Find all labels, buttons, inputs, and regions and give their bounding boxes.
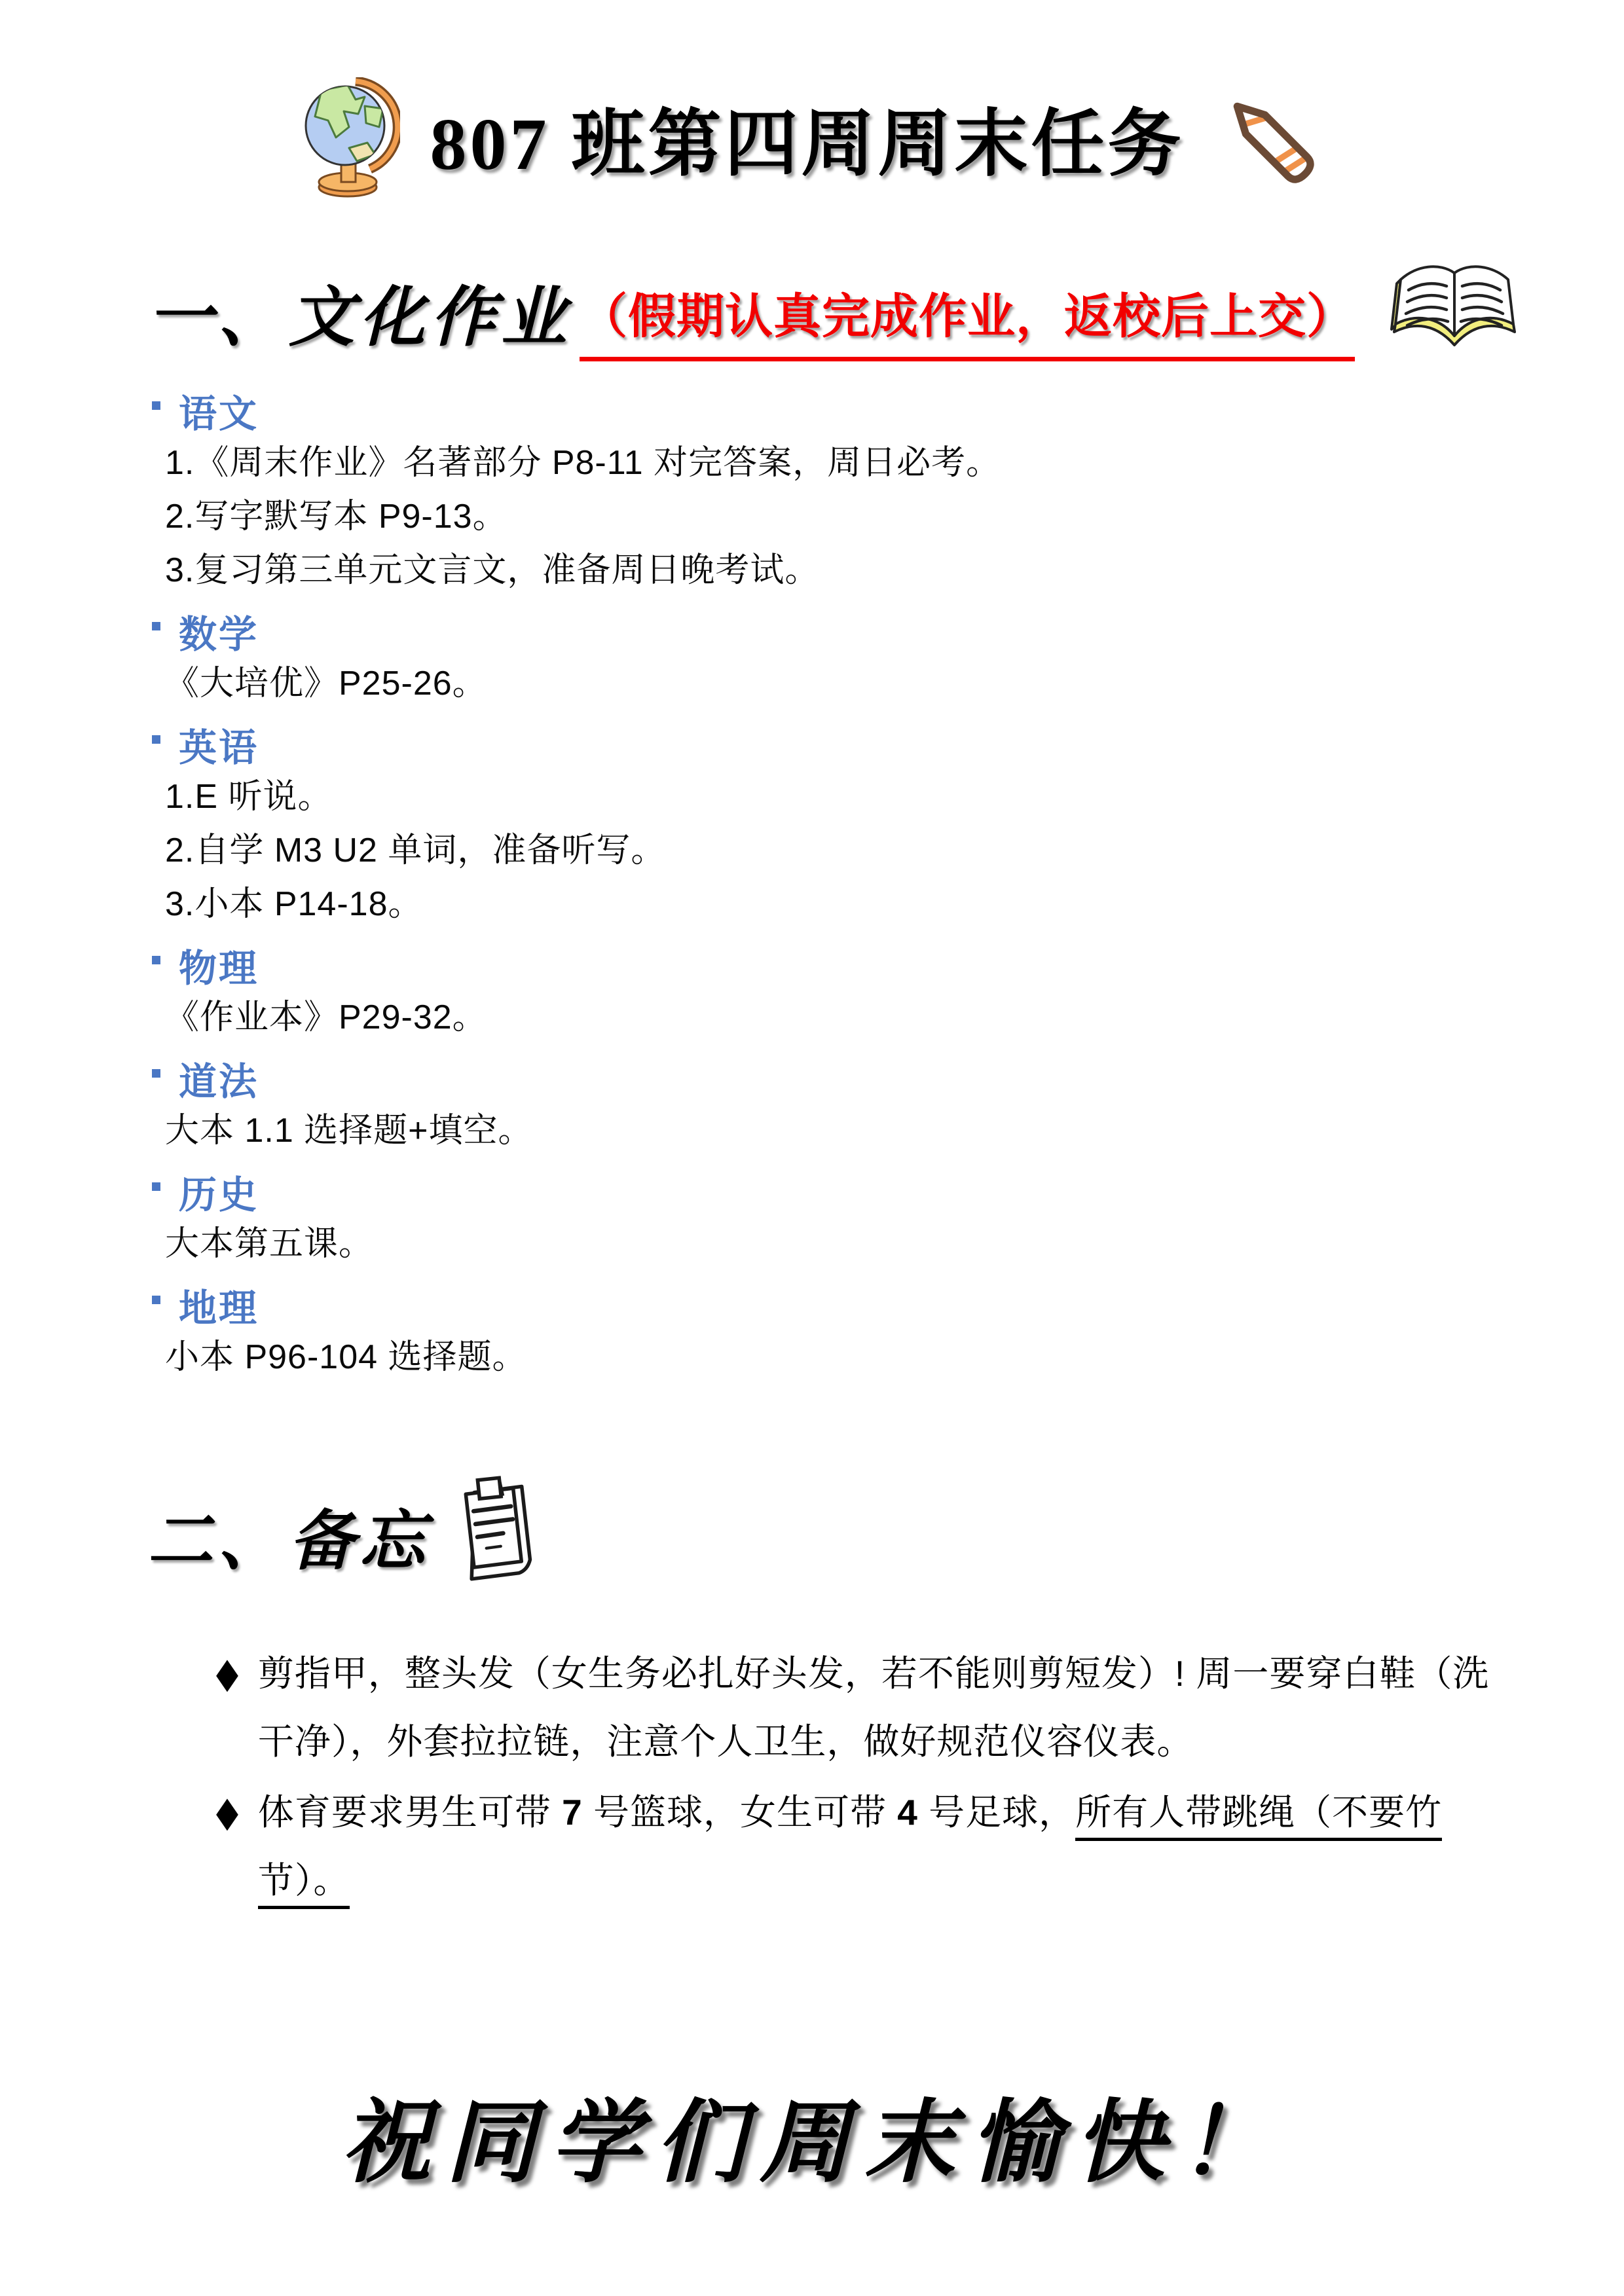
section2-heading: 二、备忘 [147, 1503, 430, 1581]
memo-item: ◆ 体育要求男生可带 7 号篮球，女生可带 4 号足球，所有人带跳绳（不要竹节）… [216, 1778, 1519, 1914]
footer-message: 祝同学们周末愉快！ [0, 2070, 1624, 2200]
memo-text: 剪指甲，整头发（女生务必扎好头发，若不能则剪短发）! 周一要穿白鞋（洗干净），外… [258, 1639, 1519, 1776]
homework-item: 《作业本》P29-32。 [149, 991, 1532, 1044]
section2-heading-row: 二、备忘 [147, 1480, 1624, 1604]
subject-name: 英语 [179, 717, 259, 772]
memo-list: ◆ 剪指甲，整头发（女生务必扎好头发，若不能则剪短发）! 周一要穿白鞋（洗干净）… [216, 1639, 1519, 1914]
memo-text-part: 号篮球，女生可带 [583, 1792, 898, 1832]
homework-item: 大本第五课。 [149, 1217, 1532, 1271]
pencil-icon [1215, 84, 1323, 192]
memo-text: 体育要求男生可带 7 号篮球，女生可带 4 号足球，所有人带跳绳（不要竹节）。 [258, 1778, 1519, 1914]
memo-text-part: 号足球， [918, 1792, 1075, 1832]
square-bullet-icon [152, 401, 160, 410]
homework-item: 小本 P96-104 选择题。 [149, 1330, 1532, 1384]
homework-item: 1.《周末作业》名著部分 P8-11 对完答案，周日必考。 [149, 436, 1532, 490]
homework-list: 语文 1.《周末作业》名著部分 P8-11 对完答案，周日必考。 2.写字默写本… [149, 385, 1532, 1384]
subject-heading-ethics: 道法 [149, 1053, 1532, 1104]
memo-text-bold-number: 7 [562, 1792, 583, 1832]
diamond-bullet-icon: ◆ [216, 1624, 238, 1723]
homework-item: 3.小本 P14-18。 [149, 877, 1532, 931]
square-bullet-icon [152, 1182, 160, 1191]
subject-name: 语文 [179, 383, 259, 438]
globe-icon [302, 77, 400, 198]
subject-name: 数学 [179, 604, 259, 659]
memo-item: ◆ 剪指甲，整头发（女生务必扎好头发，若不能则剪短发）! 周一要穿白鞋（洗干净）… [216, 1639, 1519, 1776]
memo-text-part: 体育要求男生可带 [258, 1792, 562, 1832]
memo-note-icon [449, 1475, 535, 1599]
page-title: 807 班第四周周末任务 [430, 85, 1185, 191]
open-book-icon [1389, 255, 1520, 354]
homework-item: 2.自学 M3 U2 单词，准备听写。 [149, 824, 1532, 877]
subject-heading-english: 英语 [149, 719, 1532, 770]
homework-item: 《大培优》P25-26。 [149, 657, 1532, 710]
square-bullet-icon [152, 956, 160, 964]
memo-text-bold-number: 4 [897, 1792, 918, 1832]
square-bullet-icon [152, 1296, 160, 1304]
homework-item: 3.复习第三单元文言文，准备周日晚考试。 [149, 543, 1532, 597]
subject-heading-history: 历史 [149, 1166, 1532, 1217]
homework-item: 1.E 听说。 [149, 770, 1532, 824]
subject-heading-chinese: 语文 [149, 385, 1532, 436]
subject-name: 道法 [179, 1051, 259, 1106]
subject-heading-geography: 地理 [149, 1279, 1532, 1330]
document-page: 807 班第四周周末任务 一、文化作业 （假期认真完成作业，返校后上交） [0, 0, 1624, 2296]
subject-heading-math: 数学 [149, 606, 1532, 657]
section1-heading: 一、文化作业 [147, 279, 572, 357]
subject-heading-physics: 物理 [149, 939, 1532, 991]
document-header: 807 班第四周周末任务 [0, 72, 1624, 203]
square-bullet-icon [152, 622, 160, 630]
homework-item: 2.写字默写本 P9-13。 [149, 490, 1532, 543]
subject-name: 物理 [179, 938, 259, 993]
square-bullet-icon [152, 735, 160, 744]
section1-note: （假期认真完成作业，返校后上交） [580, 278, 1355, 361]
diamond-bullet-icon: ◆ [216, 1763, 238, 1862]
section1-heading-row: 一、文化作业 （假期认真完成作业，返校后上交） [147, 246, 1624, 357]
square-bullet-icon [152, 1069, 160, 1078]
subject-name: 地理 [179, 1277, 259, 1332]
subject-name: 历史 [179, 1164, 259, 1219]
homework-item: 大本 1.1 选择题+填空。 [149, 1104, 1532, 1157]
